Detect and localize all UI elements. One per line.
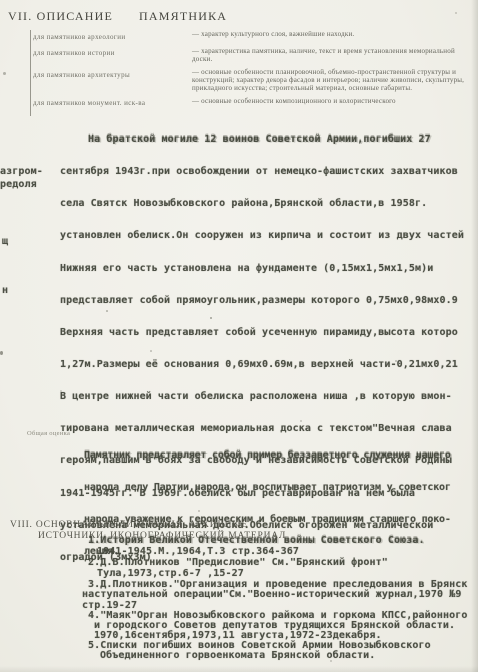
paper-speck [300, 420, 302, 422]
typed-line: сентября 1943г.при освобождении от немец… [60, 166, 464, 176]
paper-speck [60, 390, 62, 392]
typed-line: Памятник представляет собой пример безза… [84, 450, 451, 460]
bibliography-line: наступательной операции"См."Военно-истор… [82, 589, 461, 600]
section-7-number: VII. [8, 9, 32, 23]
form-row-label-architecture: для памятников архитектуры [33, 71, 130, 79]
form-column-rule [30, 30, 31, 116]
paper-speck [430, 300, 432, 302]
section-7-word1: ОПИСАНИЕ [37, 9, 113, 23]
margin-fragment: щ [2, 236, 8, 247]
form-row-desc-history: — характеристика памятника, наличие, тек… [192, 48, 474, 64]
typed-line: На братской могиле 12 воинов Советской А… [60, 134, 464, 144]
form-row-desc-archeology: — характер культурного слоя, важнейшие н… [192, 31, 474, 39]
form-row-label-history: для памятников истории [33, 49, 115, 57]
paper-speck [330, 660, 332, 662]
form-row-desc-monumental-art: — основные особенности композиционного и… [192, 98, 474, 106]
section-7-heading: VII. ОПИСАНИЕПАМЯТНИКА [8, 9, 227, 24]
typed-line: В центре нижней части обелиска расположе… [60, 391, 464, 401]
typed-line: Верхняя часть представляет собой усеченн… [60, 327, 464, 337]
paper-speck [210, 317, 212, 319]
typed-line: народа делу Партии,народа,он воспитывает… [84, 482, 451, 492]
scan-bottom-shadow [0, 666, 478, 672]
bibliography-line: 2.Д.В.Плотников "Предисловие" См."Брянск… [88, 557, 388, 568]
margin-fragment: н [2, 285, 8, 296]
paper-speck [106, 310, 108, 312]
paper-speck [395, 360, 397, 362]
typed-line: представляет собой прямоугольник,размеры… [60, 295, 464, 305]
paper-speck [455, 12, 457, 14]
form-row-label-archeology: для памятников археологии [33, 33, 125, 41]
typed-line: установлен обелиск.Он сооружен из кирпич… [60, 230, 464, 240]
paper-speck [3, 72, 6, 75]
paper-speck [198, 510, 200, 512]
form-row-label-monumental-art: для памятников монумент. иск-ва [33, 99, 145, 107]
margin-fragment: азгром- [0, 166, 43, 177]
bibliography-line: Тула,1973,стр.6-7 ,15-27 [97, 568, 244, 579]
section-8-heading-line1: VIII. ОСНОВНАЯ БИБЛИОГРАФИЯ, АРХИВНЫЕ [10, 520, 248, 530]
assessment-printed-label: Общая оценка [27, 430, 70, 437]
form-row-desc-architecture: — основные особенности планировочной, об… [192, 69, 474, 92]
typed-line: 1,27м.Размеры её основания 0,69мх0.69м,в… [60, 359, 464, 369]
paper-speck [0, 351, 3, 355]
bibliography-line: Объединенного горвоенкомата Брянской обл… [100, 650, 375, 661]
section-7-word2: ПАМЯТНИКА [139, 9, 227, 23]
paper-speck [150, 350, 152, 352]
typed-line: села Святск Новозыбковского района,Брянс… [60, 198, 464, 208]
scanned-document-page: VII. ОПИСАНИЕПАМЯТНИКА для памятников ар… [0, 0, 478, 672]
margin-fragment: редоля [0, 179, 37, 190]
bibliography-line: 1.История Великой Отечественной войны Со… [88, 535, 425, 546]
bibliography-line: 1941-1945.М.,1964,Т.3 стр.364-367 [97, 546, 299, 557]
typed-line: Нижняя его часть установлена на фундамен… [60, 263, 464, 273]
